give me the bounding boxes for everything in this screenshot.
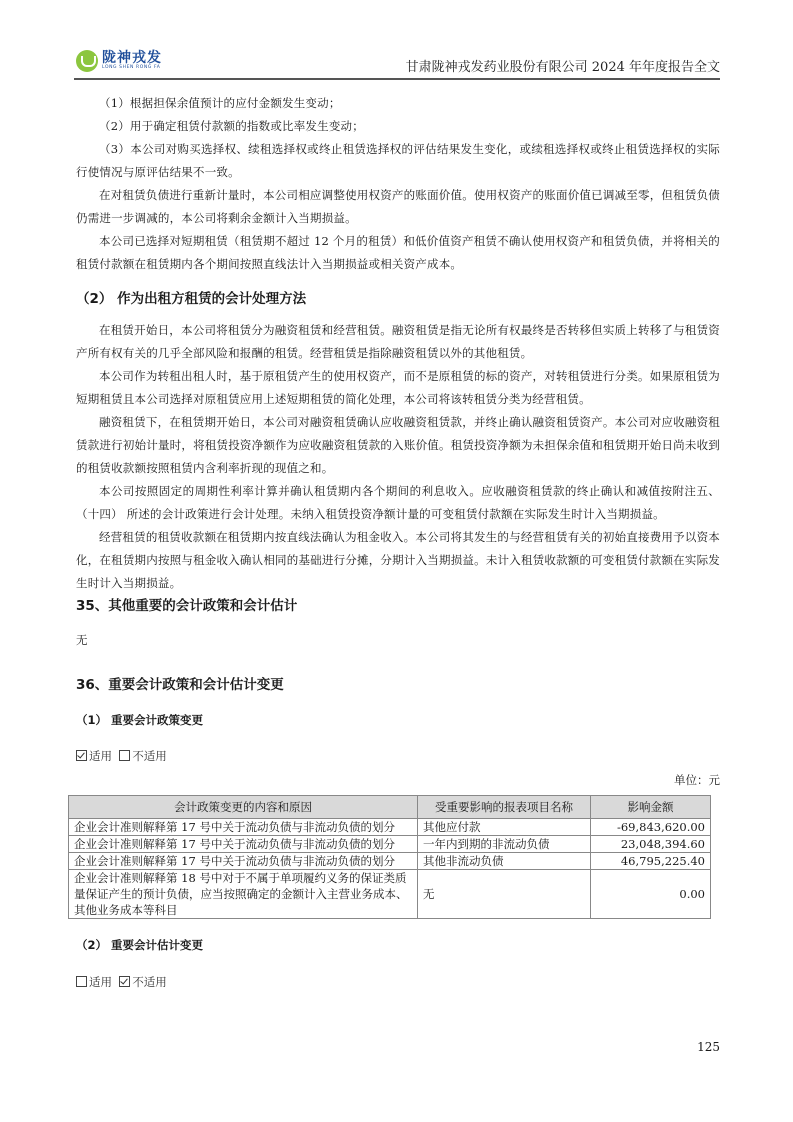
- table-header-row: 会计政策变更的内容和原因 受重要影响的报表项目名称 影响金额: [69, 796, 711, 819]
- policy-change-table: 会计政策变更的内容和原因 受重要影响的报表项目名称 影响金额 企业会计准则解释第…: [68, 795, 711, 919]
- change-content-cell: 企业会计准则解释第 17 号中关于流动负债与非流动负债的划分: [69, 836, 418, 853]
- checkbox-applicable-unchecked-icon: [76, 976, 87, 987]
- logo-chinese-name: 陇神戎发: [102, 51, 162, 65]
- paragraph: 融资租赁下，在租赁期开始日，本公司对融资租赁确认应收融资租赁款，并终止确认融资租…: [76, 411, 720, 480]
- paragraph: （2）用于确定租赁付款额的指数或比率发生变动；: [76, 115, 720, 138]
- table-row: 企业会计准则解释第 17 号中关于流动负债与非流动负债的划分 其他非流动负债 4…: [69, 853, 711, 870]
- applicable-label: 适用: [89, 975, 112, 989]
- report-title: 甘肃陇神戎发药业股份有限公司 2024 年年度报告全文: [406, 56, 720, 75]
- checkbox-not-applicable-unchecked-icon: [119, 750, 130, 761]
- paragraph: （1）根据担保余值预计的应付金额发生变动；: [76, 92, 720, 115]
- page-header: 陇神戎发 LONG SHEN RONG FA 甘肃陇神戎发药业股份有限公司 20…: [74, 46, 720, 80]
- estimate-change-heading: （2） 重要会计估计变更: [76, 937, 203, 953]
- table-row: 企业会计准则解释第 17 号中关于流动负债与非流动负债的划分 其他应付款 -69…: [69, 819, 711, 836]
- estimate-change-applicability: 适用 不适用: [76, 974, 167, 990]
- column-header: 受重要影响的报表项目名称: [418, 796, 591, 819]
- section-35-body: 无: [76, 632, 88, 648]
- policy-change-applicability: 适用 不适用: [76, 748, 167, 764]
- checkbox-applicable-checked-icon: [76, 750, 87, 761]
- paragraph: 在对租赁负债进行重新计量时，本公司相应调整使用权资产的账面价值。使用权资产的账面…: [76, 184, 720, 230]
- lessor-block: 在租赁开始日，本公司将租赁分为融资租赁和经营租赁。融资租赁是指无论所有权最终是否…: [76, 319, 720, 595]
- not-applicable-label: 不适用: [132, 975, 167, 989]
- company-logo: 陇神戎发 LONG SHEN RONG FA: [76, 50, 162, 72]
- paragraph: 在租赁开始日，本公司将租赁分为融资租赁和经营租赁。融资租赁是指无论所有权最终是否…: [76, 319, 720, 365]
- page-number: 125: [697, 1040, 720, 1054]
- column-header: 会计政策变更的内容和原因: [69, 796, 418, 819]
- amount-cell: 0.00: [591, 870, 711, 919]
- paragraph: 经营租赁的租赁收款额在租赁期内按直线法确认为租金收入。本公司将其发生的与经营租赁…: [76, 526, 720, 595]
- affected-item-cell: 一年内到期的非流动负债: [418, 836, 591, 853]
- policy-change-heading: （1） 重要会计政策变更: [76, 712, 203, 728]
- paragraph: 本公司已选择对短期租赁（租赁期不超过 12 个月的租赁）和低价值资产租赁不确认使…: [76, 230, 720, 276]
- affected-item-cell: 其他应付款: [418, 819, 591, 836]
- paragraph: （3）本公司对购买选择权、续租选择权或终止租赁选择权的评估结果发生变化，或续租选…: [76, 138, 720, 184]
- paragraph: 本公司按照固定的周期性利率计算并确认租赁期内各个期间的利息收入。应收融资租赁款的…: [76, 480, 720, 526]
- amount-cell: 46,795,225.40: [591, 853, 711, 870]
- amount-cell: 23,048,394.60: [591, 836, 711, 853]
- paragraph: 本公司作为转租出租人时，基于原租赁产生的使用权资产，而不是原租赁的标的资产，对转…: [76, 365, 720, 411]
- affected-item-cell: 其他非流动负债: [418, 853, 591, 870]
- affected-item-cell: 无: [418, 870, 591, 919]
- change-content-cell: 企业会计准则解释第 17 号中关于流动负债与非流动负债的划分: [69, 853, 418, 870]
- section-heading-35: 35、其他重要的会计政策和会计估计: [76, 594, 297, 614]
- change-content-cell: 企业会计准则解释第 18 号中对于不属于单项履约义务的保证类质量保证产生的预计负…: [69, 870, 418, 919]
- checkbox-not-applicable-checked-icon: [119, 976, 130, 987]
- not-applicable-label: 不适用: [132, 749, 167, 763]
- column-header: 影响金额: [591, 796, 711, 819]
- logo-english-name: LONG SHEN RONG FA: [102, 66, 162, 71]
- applicable-label: 适用: [89, 749, 112, 763]
- section-heading-lessor: （2） 作为出租方租赁的会计处理方法: [76, 287, 306, 307]
- table-row: 企业会计准则解释第 18 号中对于不属于单项履约义务的保证类质量保证产生的预计负…: [69, 870, 711, 919]
- change-content-cell: 企业会计准则解释第 17 号中关于流动负债与非流动负债的划分: [69, 819, 418, 836]
- logo-icon: [76, 50, 98, 72]
- table-row: 企业会计准则解释第 17 号中关于流动负债与非流动负债的划分 一年内到期的非流动…: [69, 836, 711, 853]
- intro-block: （1）根据担保余值预计的应付金额发生变动； （2）用于确定租赁付款额的指数或比率…: [76, 92, 720, 276]
- section-heading-36: 36、重要会计政策和会计估计变更: [76, 673, 284, 693]
- amount-cell: -69,843,620.00: [591, 819, 711, 836]
- unit-label: 单位：元: [674, 772, 720, 788]
